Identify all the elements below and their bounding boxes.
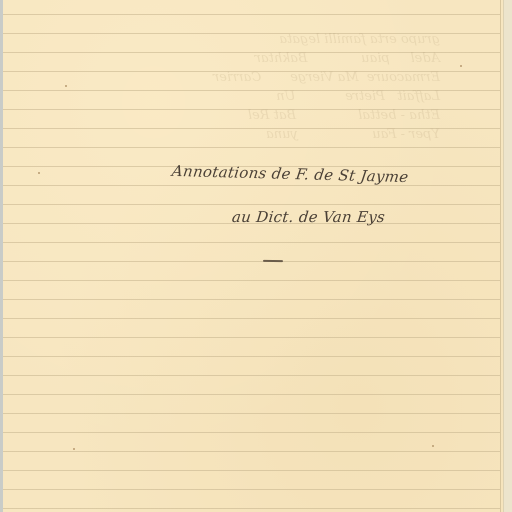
paper-speck [73, 448, 75, 450]
ruled-lines [3, 0, 500, 512]
manuscript-page: grupo erta familli legataAdel piau Bakht… [0, 0, 512, 512]
paper-speck [460, 65, 462, 67]
paper-speck [65, 85, 67, 87]
paper-speck [38, 172, 40, 174]
title-line-2: au Dict. de Van Eys [231, 208, 386, 226]
separator-dash [263, 260, 283, 262]
paper-speck [432, 445, 434, 447]
right-page-edge [503, 0, 512, 512]
right-margin-line [500, 0, 501, 512]
